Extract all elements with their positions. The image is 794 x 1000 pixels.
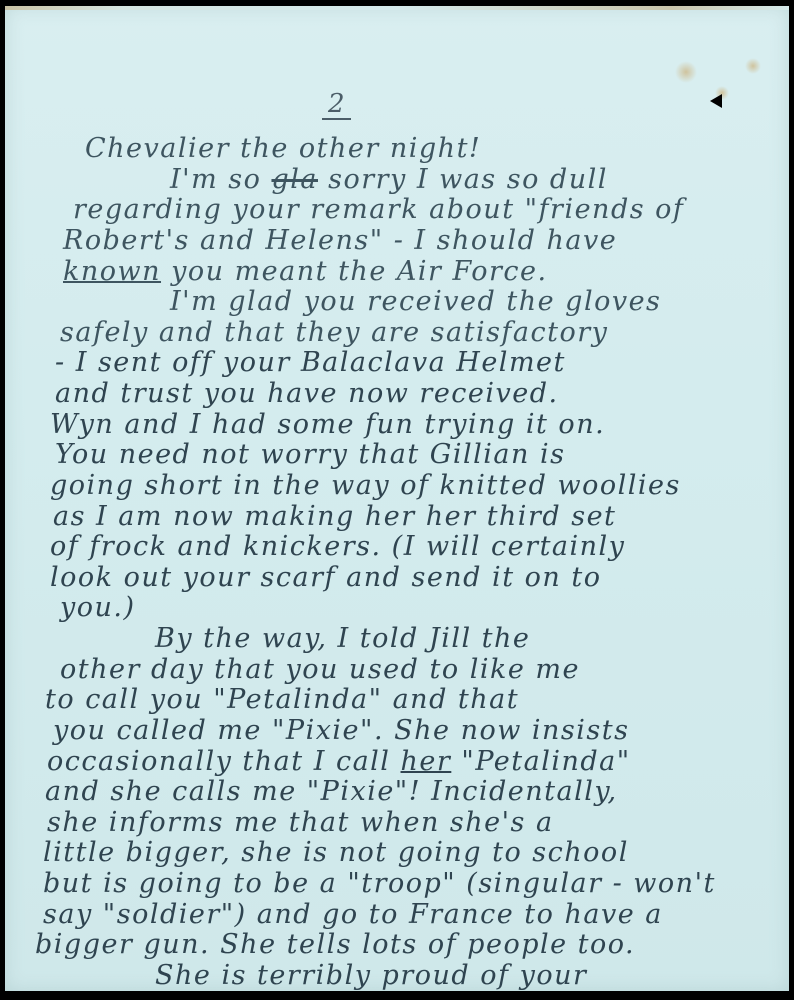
letter-line: By the way, I told Jill the — [155, 624, 530, 654]
letter-line: You need not worry that Gillian is — [55, 440, 565, 470]
letter-line: as I am now making her her third set — [53, 502, 616, 532]
letter-line: you called me "Pixie". She now insists — [53, 716, 630, 746]
letter-line: she informs me that when she's a — [47, 808, 554, 838]
letter-line: occasionally that I call her "Petalinda" — [47, 747, 631, 777]
letter-line: I'm glad you received the gloves — [170, 287, 661, 317]
letter-line: going short in the way of knitted woolli… — [50, 471, 681, 501]
struck-word: gla — [271, 164, 318, 195]
line-text: sorry I was so dull — [318, 164, 608, 195]
line-text: occasionally that I call — [47, 746, 401, 777]
underlined-word: her — [401, 746, 452, 777]
letter-line: look out your scarf and send it on to — [50, 563, 601, 593]
letter-line: of frock and knickers. (I will certainly — [50, 532, 625, 562]
letter-line: regarding your remark about "friends of — [73, 195, 684, 225]
letter-body: Chevalier the other night! I'm so gla so… — [5, 6, 789, 991]
letter-line: say "soldier") and go to France to have … — [43, 900, 663, 930]
underlined-word: known — [63, 256, 161, 287]
letter-line: and trust you have now received. — [55, 379, 559, 409]
letter-line: safely and that they are satisfactory — [60, 318, 608, 348]
letter-line: little bigger, she is not going to schoo… — [43, 838, 629, 868]
letter-line: other day that you used to like me — [60, 655, 580, 685]
letter-line: to call you "Petalinda" and that — [45, 685, 519, 715]
letter-line: known you meant the Air Force. — [63, 257, 548, 287]
letter-line: but is going to be a "troop" (singular -… — [43, 869, 716, 899]
letter-line: - I sent off your Balaclava Helmet — [55, 348, 566, 378]
line-text: you meant the Air Force. — [161, 256, 548, 287]
letter-line: I'm so gla sorry I was so dull — [170, 165, 608, 195]
line-text: I'm so — [170, 164, 271, 195]
letter-line: bigger gun. She tells lots of people too… — [35, 930, 635, 960]
letter-line: Chevalier the other night! — [85, 134, 481, 164]
letter-line: and she calls me "Pixie"! Incidentally, — [45, 777, 618, 807]
letter-line: you.) — [60, 593, 136, 623]
letter-line: Robert's and Helens" - I should have — [63, 226, 617, 256]
line-text: "Petalinda" — [451, 746, 630, 777]
letter-page: 2 Chevalier the other night! I'm so gla … — [5, 6, 789, 991]
letter-line: She is terribly proud of your — [155, 961, 587, 991]
letter-line: Wyn and I had some fun trying it on. — [50, 410, 605, 440]
